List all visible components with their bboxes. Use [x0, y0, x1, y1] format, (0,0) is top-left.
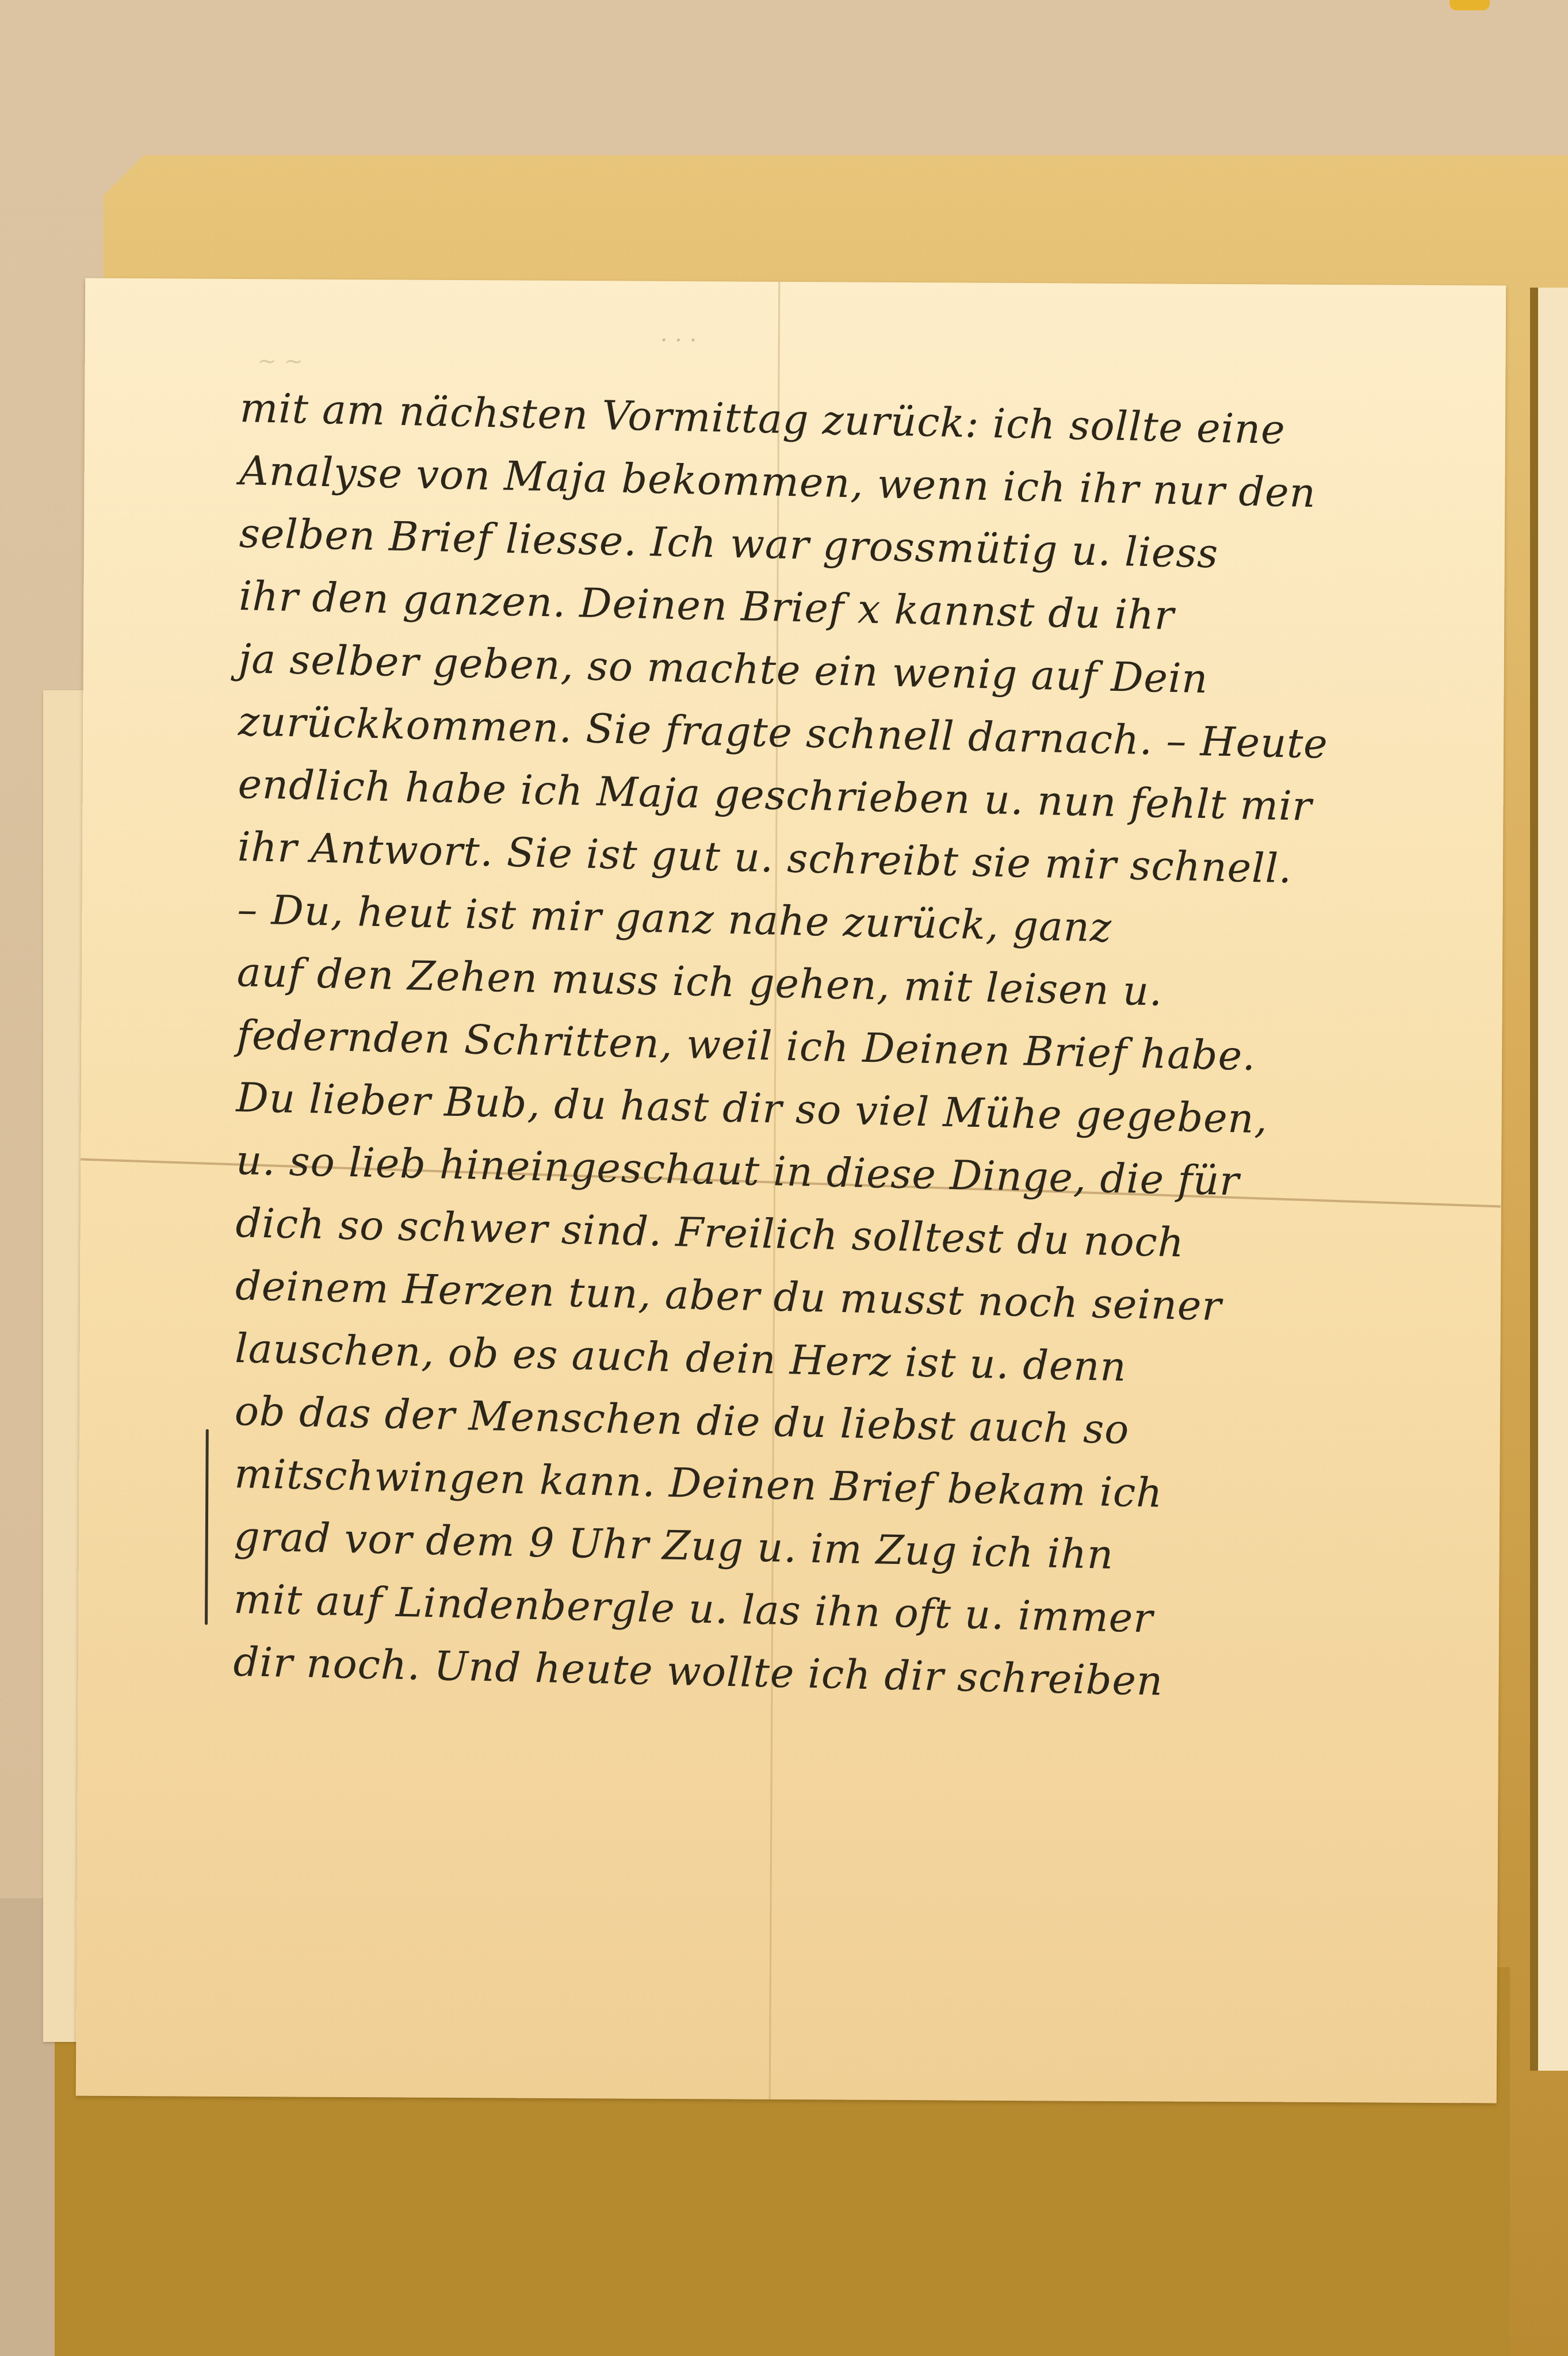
clip-object: [1450, 0, 1490, 10]
pencil-ghost-mark: ~ ~: [257, 348, 303, 374]
pencil-page-mark: · · ·: [660, 327, 697, 354]
letter-text: mit am nächsten Vormittag zurück: ich so…: [233, 377, 1494, 1700]
letter-page: ~ ~ · · · mit am nächsten Vormittag zurü…: [76, 278, 1506, 2103]
margin-mark: [205, 1429, 209, 1625]
adjacent-paper-stack: [1530, 288, 1568, 2071]
